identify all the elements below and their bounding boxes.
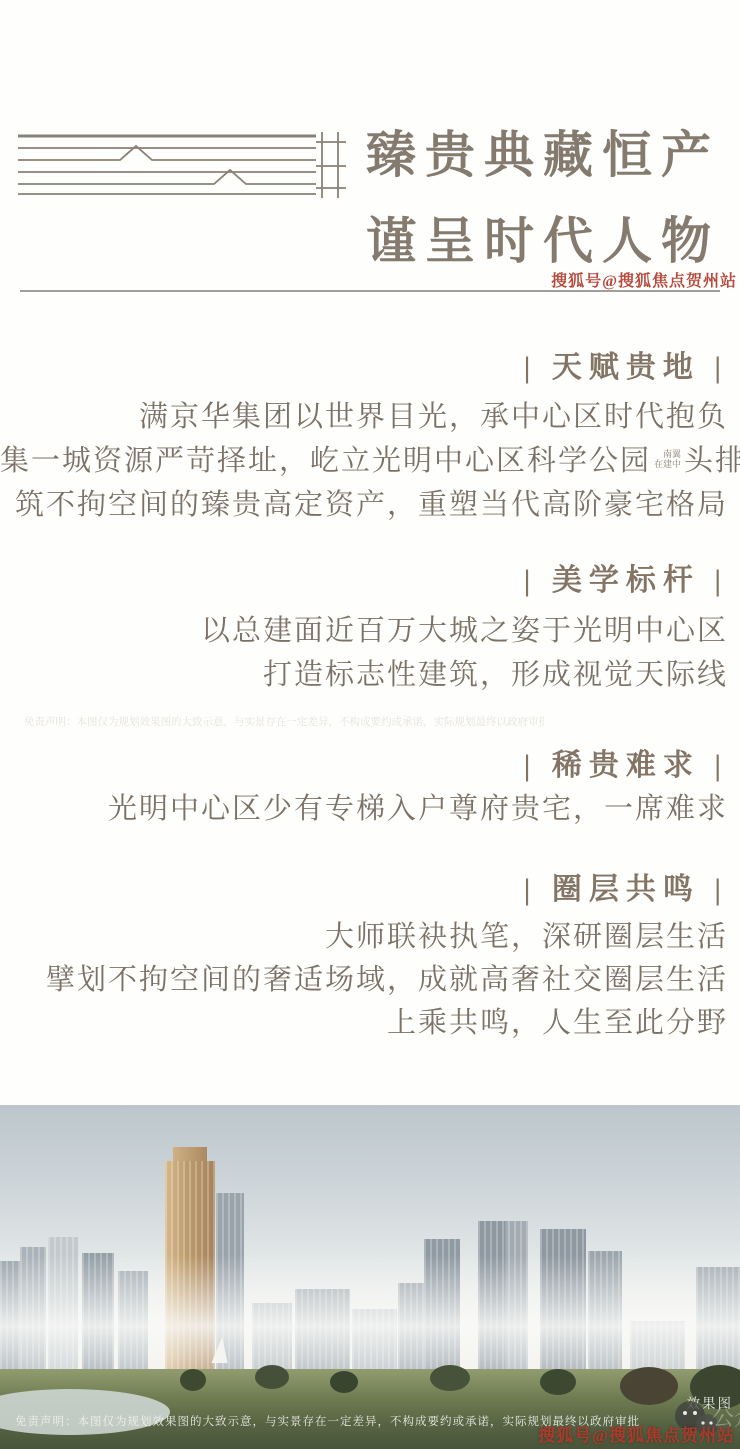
sky-haze xyxy=(0,1255,740,1385)
tree xyxy=(540,1369,576,1395)
section-title-tianfu-guidi: | 天赋贵地 | xyxy=(0,342,728,386)
body-line: 以总建面近百万大城之姿于光明中心区 xyxy=(0,608,728,649)
body-line: 满京华集团以世界目光，承中心区时代抱负 xyxy=(0,394,728,435)
sohu-watermark-top: 搜狐号@搜狐焦点贺州站 xyxy=(551,268,737,291)
tree xyxy=(255,1365,289,1389)
sohu-watermark-bottom: 搜狐号@搜狐焦点贺州站 xyxy=(538,1421,735,1446)
page-title: 臻贵典藏恒产 谨呈时代人物 xyxy=(366,112,720,284)
body-text: 头排 xyxy=(684,445,740,477)
body-line: 上乘共鸣，人生至此分野 xyxy=(0,1000,728,1041)
construction-note: 南翼在建中 xyxy=(654,449,681,469)
body-line: 擘划不拘空间的奢适场域，成就高奢社交圈层生活 xyxy=(0,957,728,998)
city-render-image: 效果图 免责声明：本图仅为规划效果图的大致示意，与实景存在一定差异，不构成要约或… xyxy=(0,1105,740,1449)
promo-page: 臻贵典藏恒产 谨呈时代人物 搜狐号@搜狐焦点贺州站 | 天赋贵地 | 满京华集团… xyxy=(0,0,740,1449)
section-title-xigui-nanqiu: | 稀贵难求 | xyxy=(0,740,728,784)
divider-line xyxy=(20,290,720,292)
body-text: 集一城资源严苛择址，屹立光明中心区科学公园 xyxy=(0,445,651,477)
body-line: 筑不拘空间的臻贵高定资产，重塑当代高阶豪宅格局 xyxy=(0,482,728,523)
tree xyxy=(180,1369,206,1391)
body-line: 大师联袂执笔，深研圈层生活 xyxy=(0,914,728,955)
faint-disclaimer-text: 免责声明：本图仅为规划效果图的大致示意，与实景存在一定差异，不构成要约或承诺，实… xyxy=(24,714,544,729)
tree xyxy=(430,1365,470,1391)
tree xyxy=(330,1371,358,1393)
section-title-meixue-biaogan: | 美学标杆 | xyxy=(0,555,728,599)
body-line: 光明中心区少有专梯入户尊府贵宅，一席难求 xyxy=(0,786,728,827)
body-line: 打造标志性建筑，形成视觉天际线 xyxy=(0,652,728,693)
title-line-1: 臻贵典藏恒产 xyxy=(366,112,720,198)
section-title-quanceng-gongming: | 圈层共鸣 | xyxy=(0,864,728,908)
body-line: 集一城资源严苛择址，屹立光明中心区科学公园南翼在建中头排 xyxy=(0,438,728,479)
brand-lines-logo-icon xyxy=(16,128,348,202)
